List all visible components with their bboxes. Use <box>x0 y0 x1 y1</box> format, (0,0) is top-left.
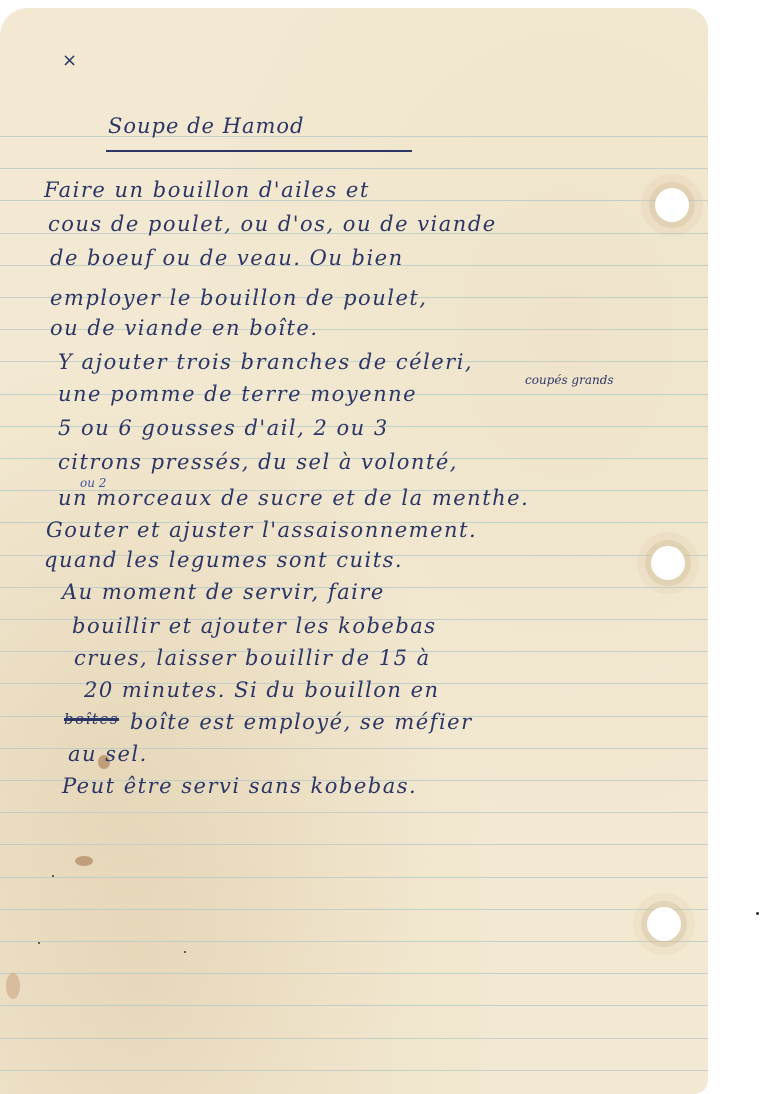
text-line: 5 ou 6 gousses d'ail, 2 ou 3 <box>58 416 389 440</box>
text-line: Gouter et ajuster l'assaisonnement. <box>46 518 477 542</box>
text-line: boîte est employé, se méfier <box>130 710 473 734</box>
text-line: 20 minutes. Si du bouillon en <box>84 678 440 702</box>
ruled-line <box>0 877 708 878</box>
punch-hole-middle <box>651 546 685 580</box>
ruled-line <box>0 168 708 169</box>
title-underline <box>106 150 412 152</box>
speck <box>184 951 186 953</box>
text-line: employer le bouillon de poulet, <box>50 286 428 310</box>
ruled-line <box>0 844 708 845</box>
ruled-line <box>0 1070 708 1071</box>
ruled-line <box>0 1038 708 1039</box>
annotation-celery: coupés grands <box>525 373 614 387</box>
corner-x-mark: × <box>62 50 77 71</box>
stain <box>6 973 20 999</box>
text-line: citrons pressés, du sel à volonté, <box>58 450 458 474</box>
recipe-title: Soupe de Hamod <box>108 114 304 138</box>
text-line: ou de viande en boîte. <box>50 316 319 340</box>
punch-hole-bottom <box>647 907 681 941</box>
text-line: Faire un bouillon d'ailes et <box>44 178 370 202</box>
text-line: de boeuf ou de veau. Ou bien <box>50 246 404 270</box>
text-line: cous de poulet, ou d'os, ou de viande <box>48 212 497 236</box>
speck <box>52 875 54 877</box>
text-line: crues, laisser bouillir de 15 à <box>74 646 431 670</box>
text-line: une pomme de terre moyenne <box>58 382 417 406</box>
ruled-line <box>0 909 708 910</box>
punch-hole-top <box>655 188 689 222</box>
text-line: quand les legumes sont cuits. <box>44 548 403 572</box>
ruled-line <box>0 136 708 137</box>
text-line: Au moment de servir, faire <box>62 580 385 604</box>
text-line: Y ajouter trois branches de céleri, <box>58 350 473 374</box>
ruled-line <box>0 973 708 974</box>
stain <box>75 856 93 866</box>
notebook-page: × Soupe de Hamod Faire un bouillon d'ail… <box>0 8 708 1094</box>
struck-word: boîtes <box>64 710 119 728</box>
ruled-line <box>0 1005 708 1006</box>
text-line: Peut être servi sans kobebas. <box>62 774 417 798</box>
text-line: bouillir et ajouter les kobebas <box>72 614 437 638</box>
speck <box>756 912 759 915</box>
text-line: un morceaux de sucre et de la menthe. <box>58 486 529 510</box>
text-line: au sel. <box>68 742 148 766</box>
ruled-line <box>0 941 708 942</box>
ruled-line <box>0 812 708 813</box>
speck <box>38 942 40 944</box>
